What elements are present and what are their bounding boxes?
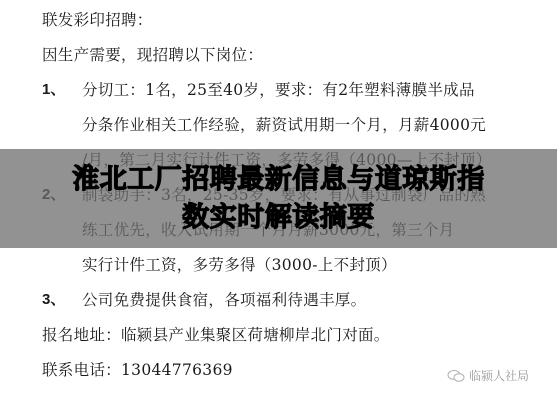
headline-overlay-band: 淮北工厂招聘最新信息与道琼斯指 数实时解读摘要: [0, 149, 557, 248]
source-watermark: 临颍人社局: [447, 367, 529, 384]
notice-title: 联发彩印招聘：: [42, 10, 153, 30]
item-number-3: 3、: [42, 290, 65, 310]
item-number-1: 1、: [42, 80, 65, 100]
signup-address: 报名地址：临颍县产业集聚区荷塘柳岸北门对面。: [42, 325, 390, 345]
item-3-line-1: 公司免费提供食宿，各项福利待遇丰厚。: [82, 290, 366, 310]
item-2-line-3: 实行计件工资，多劳多得（3000-上不封顶）: [82, 255, 397, 275]
item-1-line-2: 分条作业相关工作经验，薪资试用期一个月，月薪4000元: [82, 115, 486, 135]
wechat-icon: [447, 370, 465, 382]
watermark-text: 临颍人社局: [469, 367, 529, 384]
notice-intro: 因生产需要，现招聘以下岗位：: [42, 45, 263, 65]
item-1-line-1: 分切工：1名，25至40岁，要求：有2年塑料薄膜半成品: [82, 80, 475, 100]
contact-phone: 联系电话：13044776369: [42, 360, 233, 380]
headline-line-1: 淮北工厂招聘最新信息与道琼斯指: [0, 163, 557, 197]
headline-line-2: 数实时解读摘要: [0, 201, 557, 235]
